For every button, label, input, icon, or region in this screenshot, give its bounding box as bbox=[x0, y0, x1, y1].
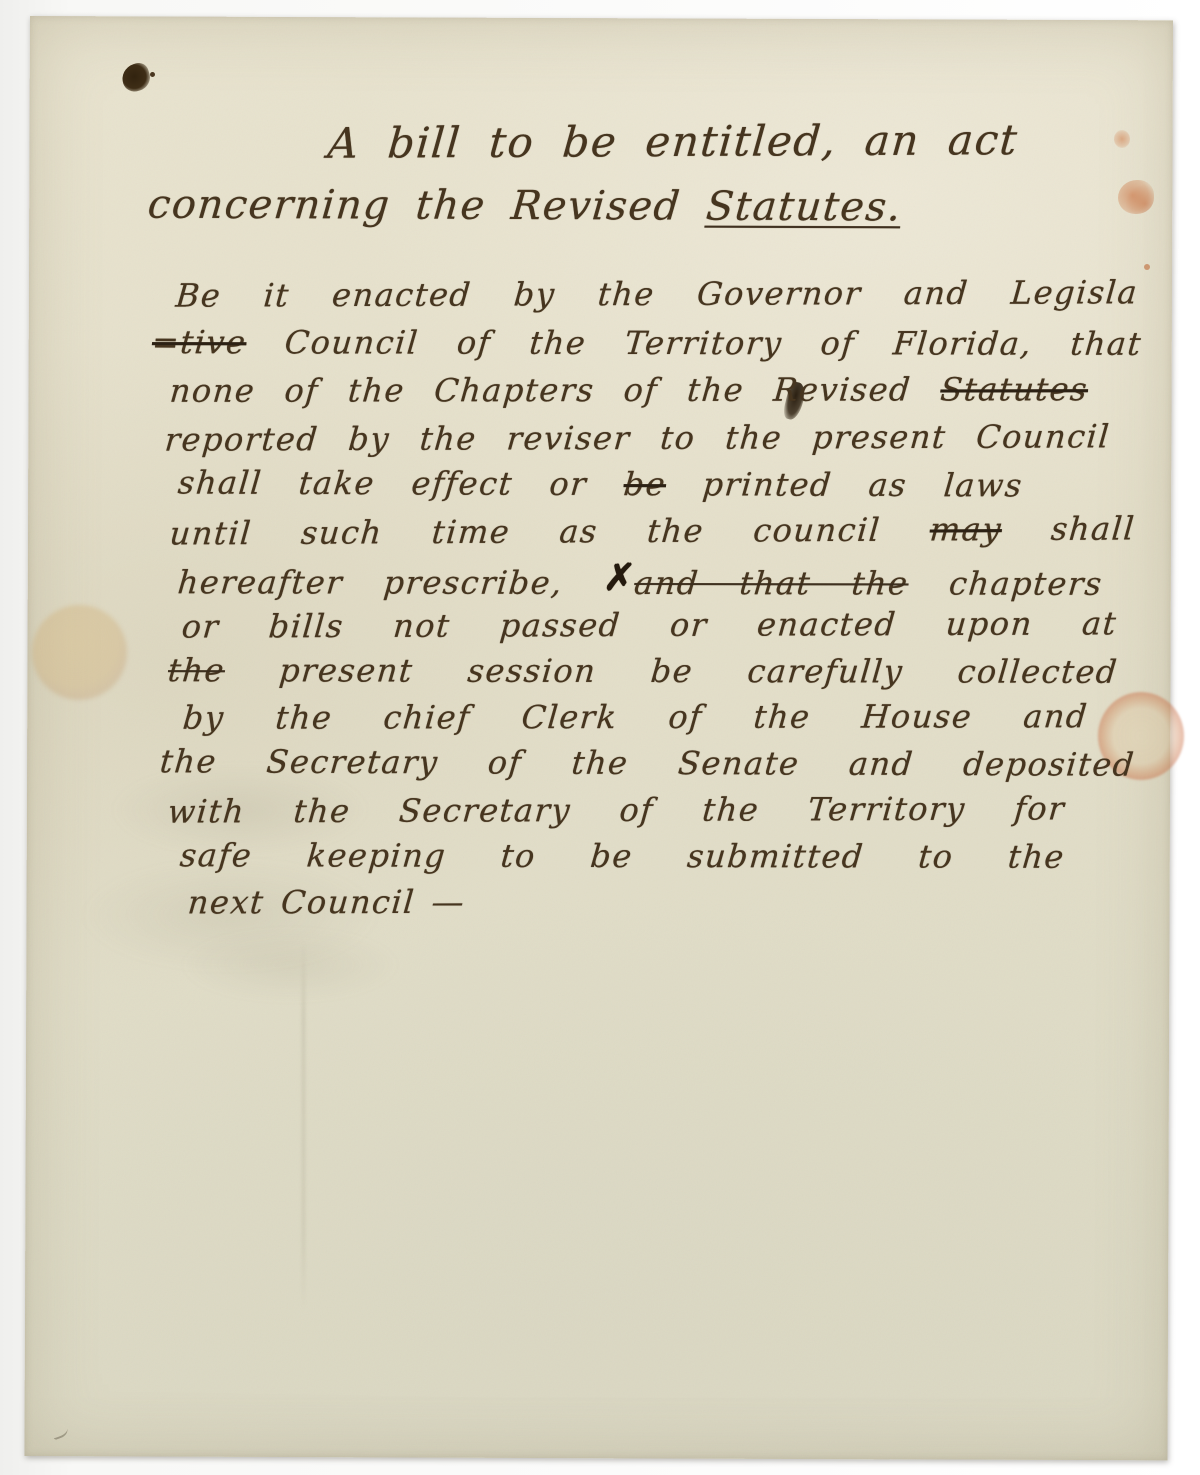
scan-background: A bill to be entitled, an act concerning… bbox=[0, 0, 1200, 1475]
document-title: A bill to be entitled, an act concerning… bbox=[0, 21, 1, 22]
paper-texture bbox=[24, 16, 1173, 1460]
manuscript-page bbox=[24, 16, 1173, 1460]
